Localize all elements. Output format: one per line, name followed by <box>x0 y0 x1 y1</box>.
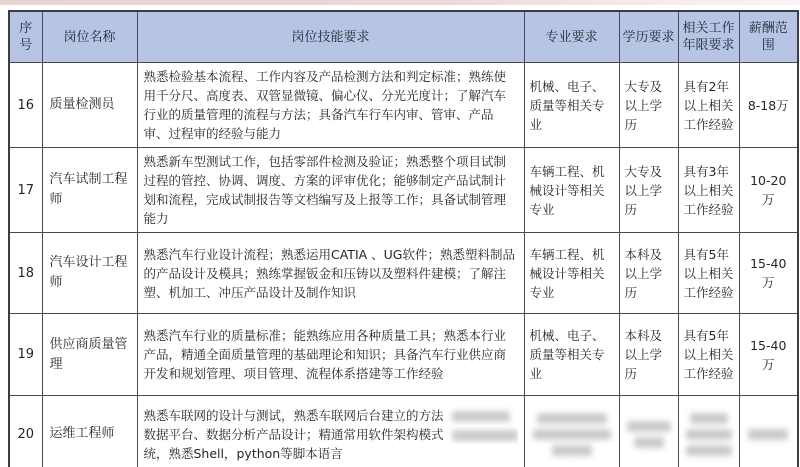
cell-education: 大专及以上学历 <box>619 148 678 233</box>
redacted-blur <box>452 430 518 441</box>
cell-major: 机械、电子、质量等相关专业 <box>524 63 619 148</box>
table-row-17: 17 汽车试制工程师 熟悉新车型测试工作，包括零部件检测及验证；熟悉整个项目试制… <box>9 148 798 233</box>
header-cell-skills: 岗位技能要求 <box>137 11 524 63</box>
cell-major: 车辆工程、机械设计等相关专业 <box>524 148 619 233</box>
redacted-blur <box>686 445 732 456</box>
cell-no: 16 <box>9 63 42 148</box>
header-cell-education: 学历要求 <box>619 11 678 63</box>
cell-education: 本科及以上学历 <box>619 233 678 314</box>
cell-position: 供应商质量管理 <box>42 314 137 396</box>
skills-line: 数据平台、数据分析产品设计；精通常用软件架构模式 <box>144 425 518 444</box>
redacted-blur <box>748 429 788 440</box>
cell-major-redacted <box>524 396 619 467</box>
cell-education: 本科及以上学历 <box>619 314 678 396</box>
table-row-16: 16 质量检测员 熟悉检验基本流程、工作内容及产品检测方法和判定标准；熟练使用千… <box>9 63 798 148</box>
cell-experience: 具有3年以上相关工作经验 <box>678 148 739 233</box>
cell-position: 运维工程师 <box>42 396 137 467</box>
header-cell-experience: 相关工作年限要求 <box>678 11 739 63</box>
header-row: 序号 岗位名称 岗位技能要求 专业要求 学历要求 相关工作年限要求 薪酬范围 <box>9 11 798 63</box>
cell-skills: 熟悉汽车行业设计流程；熟悉运用CATIA 、UG软件；熟悉塑料制品的产品设计及模… <box>137 233 524 314</box>
skills-line: 统，熟悉Shell，python等脚本语言 <box>144 444 518 463</box>
header-cell-salary: 薪酬范围 <box>739 11 798 63</box>
cell-no: 17 <box>9 148 42 233</box>
cell-experience: 具有2年以上相关工作经验 <box>678 63 739 148</box>
cell-position: 汽车试制工程师 <box>42 148 137 233</box>
cell-education: 大专及以上学历 <box>619 63 678 148</box>
header-cell-major: 专业要求 <box>524 11 619 63</box>
redacted-blur <box>686 429 732 440</box>
header-cell-position: 岗位名称 <box>42 11 137 63</box>
cell-major: 车辆工程、机械设计等相关专业 <box>524 233 619 314</box>
table-row-19: 19 供应商质量管理 熟悉汽车行业的质量标准；能熟练应用各种质量工具；熟悉本行业… <box>9 314 798 396</box>
redacted-blur <box>537 413 607 424</box>
redacted-blur <box>533 429 611 440</box>
table-row-18: 18 汽车设计工程师 熟悉汽车行业设计流程；熟悉运用CATIA 、UG软件；熟悉… <box>9 233 798 314</box>
cell-salary: 10-20万 <box>739 148 798 233</box>
cell-skills: 熟悉检验基本流程、工作内容及产品检测方法和判定标准；熟练使用千分尺、高度表、双管… <box>137 63 524 148</box>
pink-banner <box>0 0 800 5</box>
cell-salary: 15-40万 <box>739 314 798 396</box>
redacted-blur <box>552 445 592 456</box>
cell-experience: 具有5年以上相关工作经验 <box>678 314 739 396</box>
redacted-blur <box>627 421 671 432</box>
redacted-blur <box>452 411 510 422</box>
redacted-blur <box>690 413 728 424</box>
skills-line: 熟悉车联网的设计与测试，熟悉车联网后台建立的方法 <box>144 406 518 425</box>
cell-major: 机械、电子、质量等相关专业 <box>524 314 619 396</box>
skills-text: 熟悉车联网的设计与测试，熟悉车联网后台建立的方法 <box>144 408 444 423</box>
cell-no: 20 <box>9 396 42 467</box>
cell-experience-redacted <box>678 396 739 467</box>
cell-skills: 熟悉车联网的设计与测试，熟悉车联网后台建立的方法 数据平台、数据分析产品设计；精… <box>137 396 524 467</box>
skills-text: 统，熟悉Shell，python等脚本语言 <box>144 446 343 461</box>
cell-education-redacted <box>619 396 678 467</box>
cell-no: 18 <box>9 233 42 314</box>
skills-text: 数据平台、数据分析产品设计；精通常用软件架构模式 <box>144 427 444 442</box>
job-requirements-table: 序号 岗位名称 岗位技能要求 专业要求 学历要求 相关工作年限要求 薪酬范围 1… <box>8 10 799 467</box>
cell-position: 质量检测员 <box>42 63 137 148</box>
redacted-blur <box>634 437 664 448</box>
cell-position: 汽车设计工程师 <box>42 233 137 314</box>
cell-skills: 熟悉汽车行业的质量标准；能熟练应用各种质量工具；熟悉本行业产品，精通全面质量管理… <box>137 314 524 396</box>
cell-experience: 具有5年以上相关工作经验 <box>678 233 739 314</box>
job-listing-page: { "banner": { "color": "#ecd8d8" }, "tab… <box>0 0 800 467</box>
cell-skills: 熟悉新车型测试工作，包括零部件检测及验证；熟悉整个项目试制过程的管控、协调、调度… <box>137 148 524 233</box>
cell-salary: 8-18万 <box>739 63 798 148</box>
header-cell-no: 序号 <box>9 11 42 63</box>
table-row-20: 20 运维工程师 熟悉车联网的设计与测试，熟悉车联网后台建立的方法 数据平台、数… <box>9 396 798 467</box>
cell-salary-redacted <box>739 396 798 467</box>
cell-salary: 15-40万 <box>739 233 798 314</box>
cell-no: 19 <box>9 314 42 396</box>
